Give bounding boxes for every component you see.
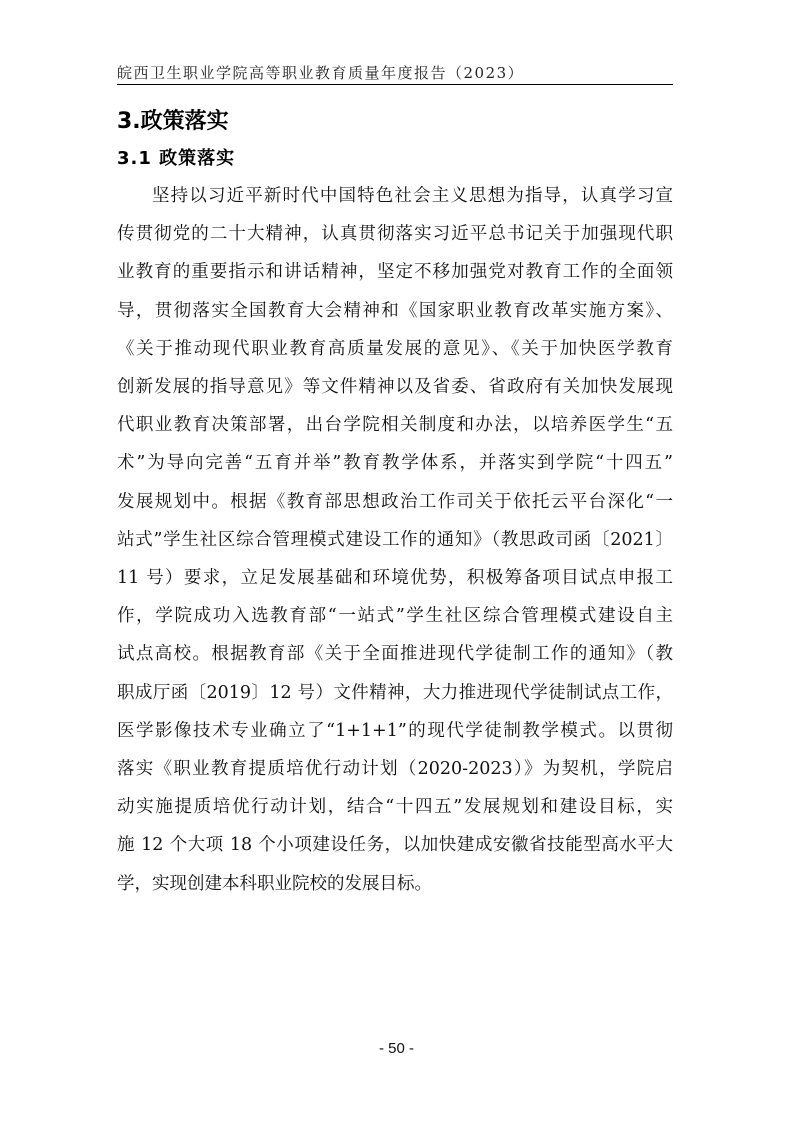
paragraph-line: 坚持以习近平新时代中国特色社会主义思想为指导，认真学习宣 [117, 177, 673, 215]
paragraph-line: 医学影像技术专业确立了“1+1+1”的现代学徒制教学模式。以贯彻 [117, 712, 673, 750]
paragraph-line: 作，学院成功入选教育部“一站式”学生社区综合管理模式建设自主 [117, 597, 673, 635]
header-divider [117, 84, 673, 85]
subsection-heading: 3.1 政策落实 [117, 144, 235, 170]
paragraph-line: 站式”学生社区综合管理模式建设工作的通知》（教思政司函〔2021〕 [117, 521, 673, 559]
paragraph-line: 《关于推动现代职业教育高质量发展的意见》、《关于加快医学教育 [117, 330, 673, 368]
running-header: 皖西卫生职业学院高等职业教育质量年度报告（2023） [117, 62, 672, 83]
paragraph-line: 试点高校。根据教育部《关于全面推进现代学徒制工作的通知》（教 [117, 635, 673, 673]
paragraph-line: 导，贯彻落实全国教育大会精神和《国家职业教育改革实施方案》、 [117, 292, 673, 330]
paragraph-line: 术”为导向完善“五育并举”教育教学体系，并落实到学院“十四五” [117, 444, 673, 482]
paragraph-line: 创新发展的指导意见》等文件精神以及省委、省政府有关加快发展现 [117, 368, 673, 406]
page-number: - 50 - [0, 1040, 793, 1057]
paragraph-line: 代职业教育决策部署，出台学院相关制度和办法，以培养医学生“五 [117, 406, 673, 444]
paragraph-line: 落实《职业教育提质培优行动计划（2020-2023）》为契机，学院启 [117, 750, 673, 788]
section-heading: 3.政策落实 [117, 104, 229, 135]
paragraph-line: 传贯彻党的二十大精神，认真贯彻落实习近平总书记关于加强现代职 [117, 215, 673, 253]
paragraph-line: 职成厅函〔2019〕12 号）文件精神，大力推进现代学徒制试点工作， [117, 674, 673, 712]
paragraph-line: 业教育的重要指示和讲话精神，坚定不移加强党对教育工作的全面领 [117, 253, 673, 291]
paragraph-line: 学，实现创建本科职业院校的发展目标。 [117, 865, 673, 903]
paragraph-line: 11 号）要求，立足发展基础和环境优势，积极筹备项目试点申报工 [117, 559, 673, 597]
paragraph-line: 动实施提质培优行动计划，结合“十四五”发展规划和建设目标，实 [117, 788, 673, 826]
paragraph-line: 施 12 个大项 18 个小项建设任务，以加快建成安徽省技能型高水平大 [117, 826, 673, 864]
paragraph-line: 发展规划中。根据《教育部思想政治工作司关于依托云平台深化“一 [117, 483, 673, 521]
body-paragraph: 坚持以习近平新时代中国特色社会主义思想为指导，认真学习宣 传贯彻党的二十大精神，… [117, 177, 673, 903]
